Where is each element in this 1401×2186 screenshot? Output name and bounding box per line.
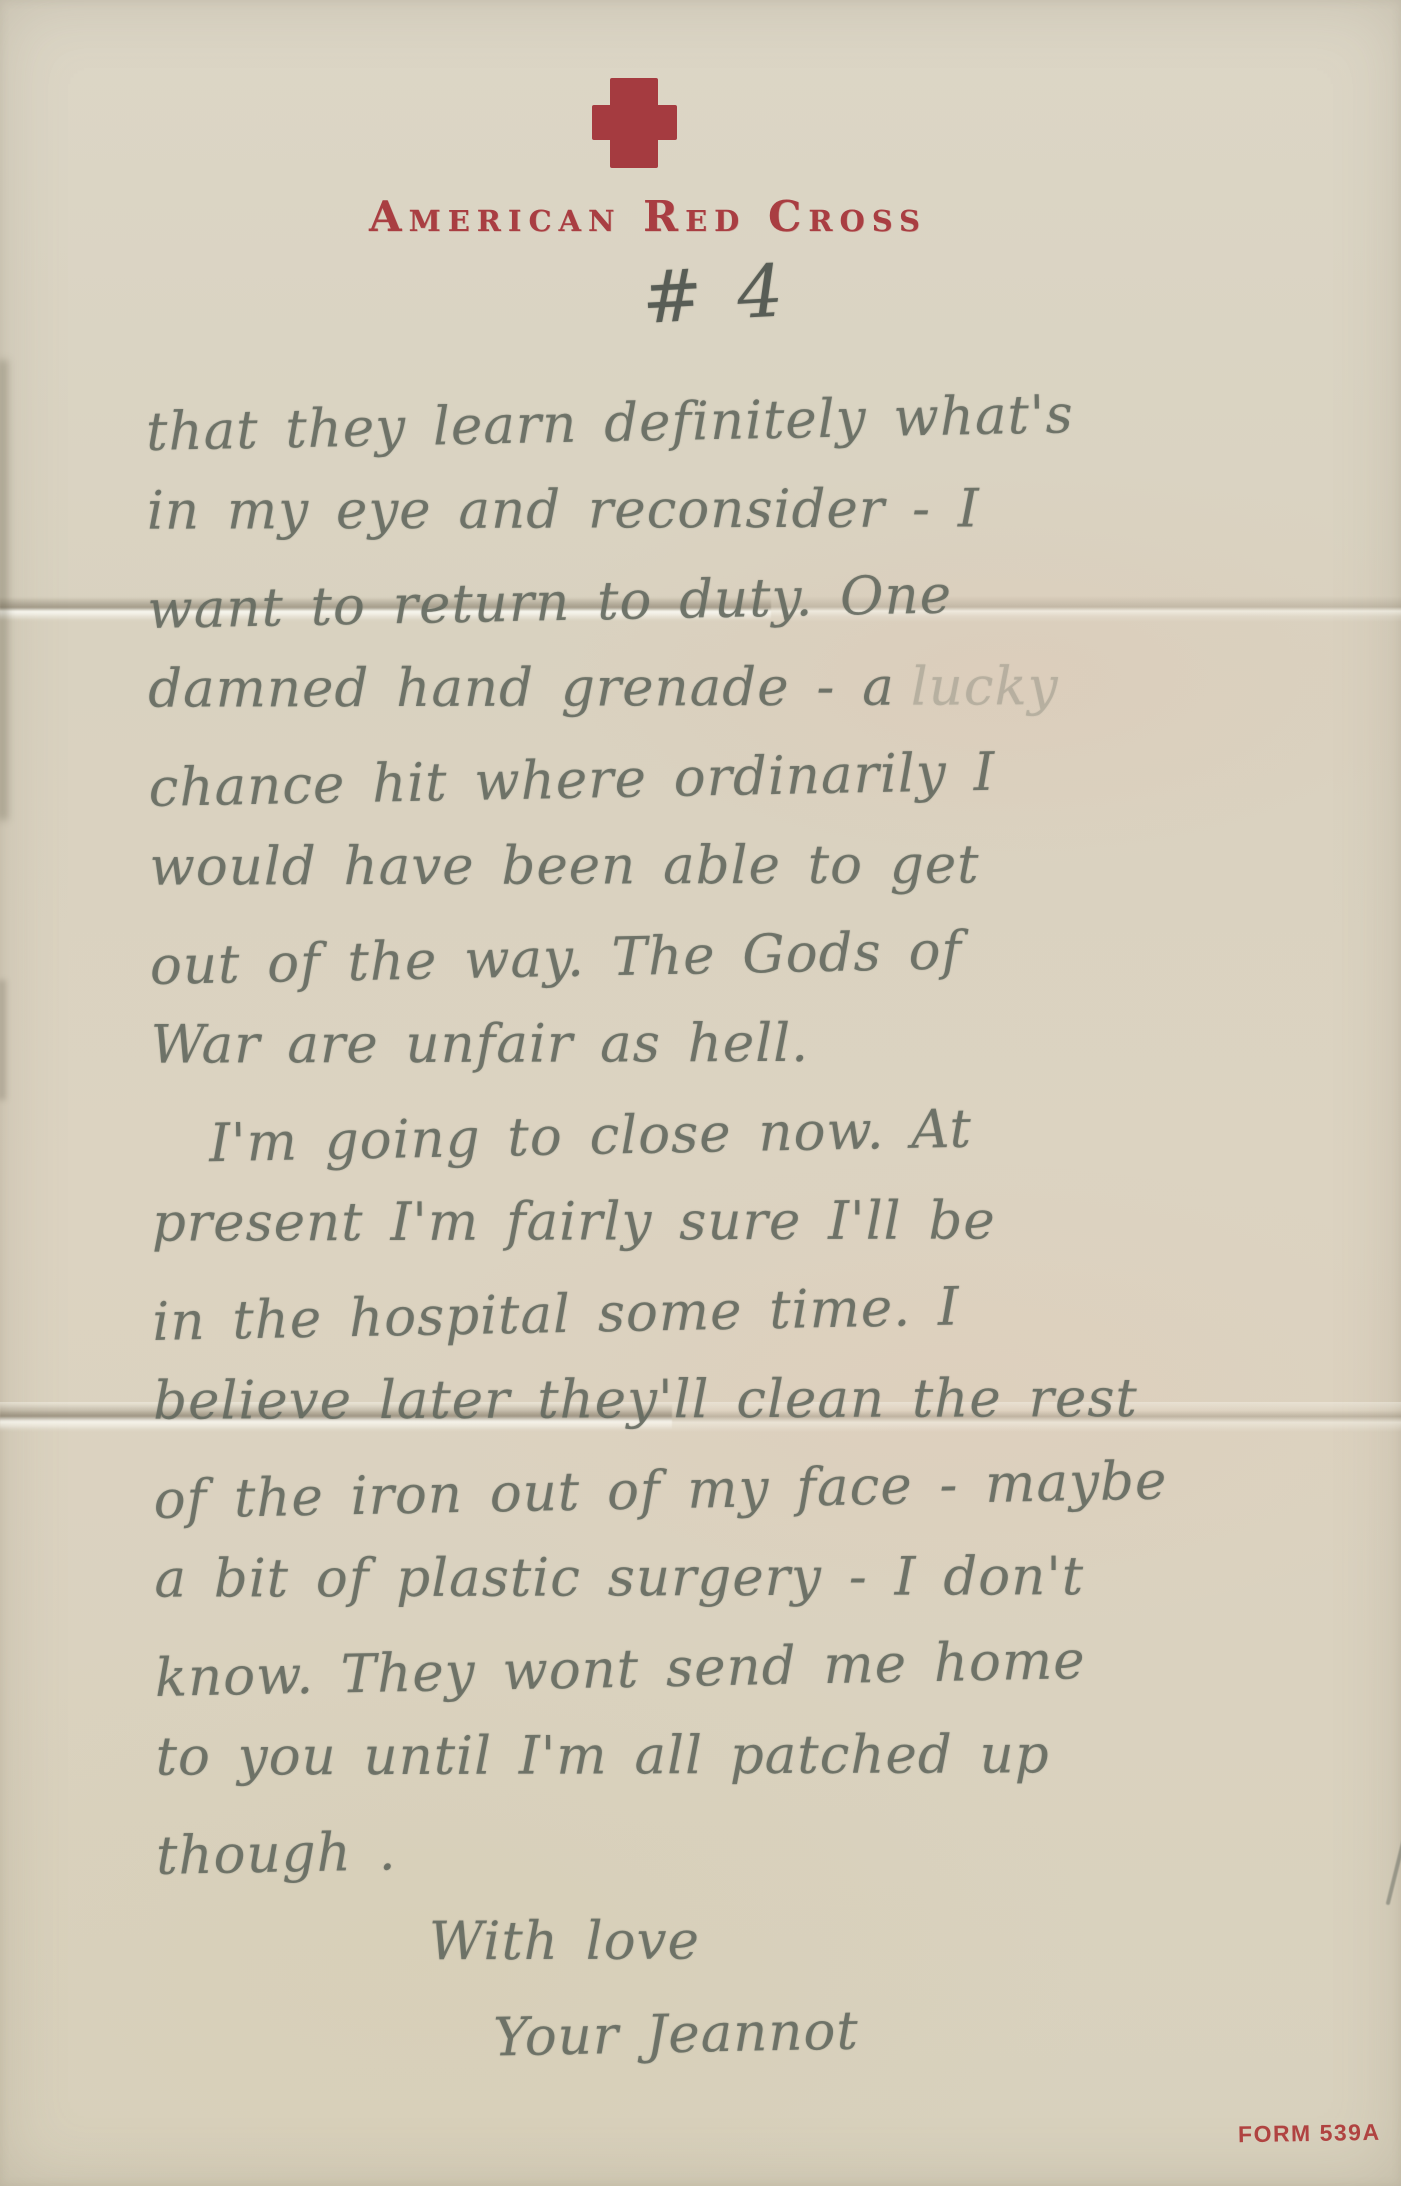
letter-line: in my eye and reconsider - I [147,477,1392,569]
letter-line: chance hit where ordinarily I [148,734,1394,847]
letter-page: American Red Cross # 4 that they learn d… [0,0,1401,2186]
letter-line: a bit of plastic surgery - I don't [154,1545,1399,1637]
letter-line: know. They wont send me home [154,1624,1400,1737]
organization-title: American Red Cross [0,192,1296,241]
letter-line: believe later they'll clean the rest [153,1367,1398,1459]
letter-line: War are unfair as hell. [151,1011,1396,1103]
letter-line: want to return to duty. One [147,556,1393,669]
letter-line: that they learn definitely what's [146,378,1392,491]
letter-line: damned hand grenade - alucky [148,655,1393,747]
letter-line: though . [156,1802,1401,1915]
letter-line: I'm going to close now. At [209,1090,1397,1202]
closing-valediction: With love [429,1909,1401,2001]
red-cross-icon [592,78,677,168]
page-number: # 4 [640,248,791,340]
paper-edge-shadow [0,980,6,1100]
faint-erased-word: lucky [911,656,1059,717]
form-number-label: FORM 539A [1238,2119,1381,2148]
letter-line: out of the way. The Gods of [149,912,1395,1025]
paper-edge-shadow [0,360,8,820]
letter-line-text: damned hand grenade - a [148,657,895,720]
letter-line: of the iron out of my face - maybe [153,1446,1399,1559]
signature: Your Jeannot [493,1990,1401,2096]
letter-line: would have been able to get [149,833,1394,925]
letter-line: present I'm fairly sure I'll be [152,1189,1397,1281]
letter-line: to you until I'm all patched up [156,1723,1401,1815]
red-cross-horizontal-bar [592,105,677,140]
letter-body: that they learn definitely what's in my … [146,386,1401,2094]
letter-line: in the hospital some time. I [152,1268,1398,1381]
